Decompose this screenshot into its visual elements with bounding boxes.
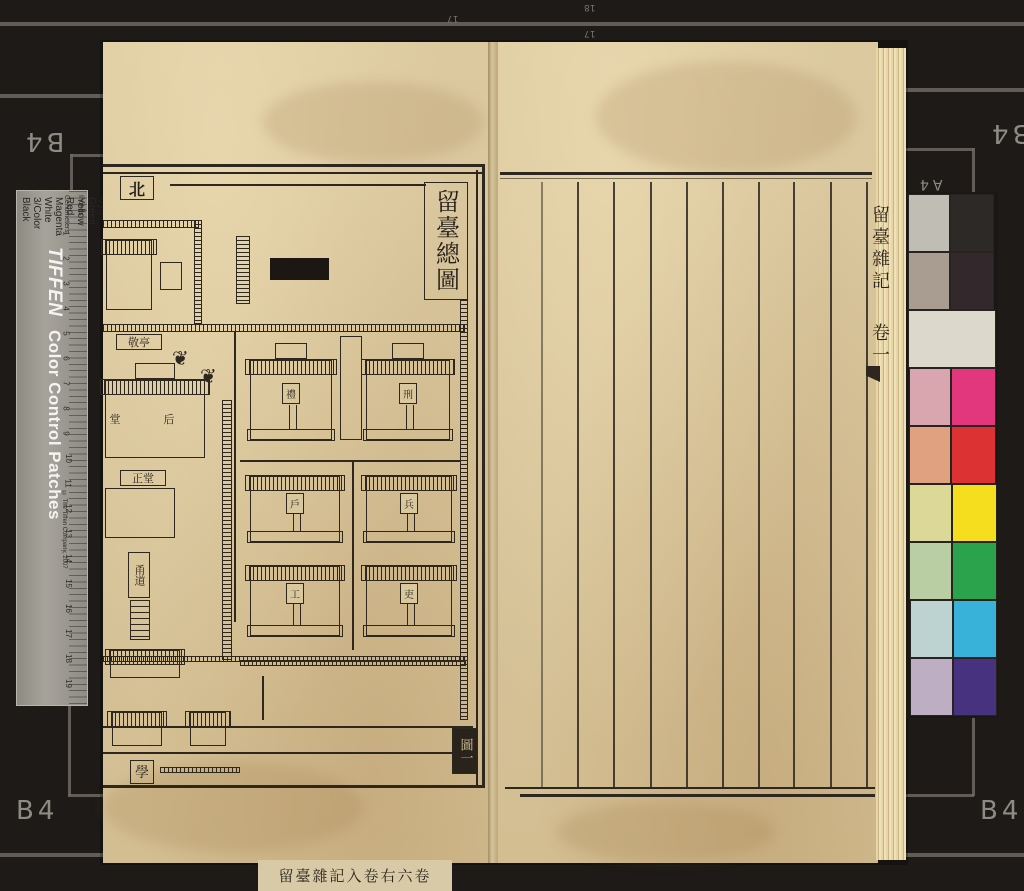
patch-pastel-green [909,542,952,600]
path [293,513,301,531]
ministry-plaque: 工 [286,583,304,604]
color-name-yellow: Yellow [75,197,86,697]
map-top-rule [103,172,485,174]
gate-stair [130,600,150,640]
wall-south [160,767,240,773]
ministry-divider-h [240,460,460,462]
patch-blue [953,658,997,716]
tiffen-ruler-card: Inches Centimeters Blue Cyan Green Yello… [16,190,88,706]
roof [361,475,457,491]
ministry-building: 工 [250,566,340,636]
cm-mark-2: 2 [62,256,71,260]
gate-side [190,712,226,746]
plaque-north-hall [160,262,182,290]
right-bottom-border-2 [520,794,875,797]
patch-red [951,426,996,484]
building-north-hall [106,240,152,310]
courtyard-divider [234,332,236,622]
mat-line-corner-right-h [906,148,974,151]
cm-mark-5: 5 [62,331,71,335]
right-top-border-inner [500,178,872,179]
gate-base [363,625,455,637]
ministry-building: 兵 [366,476,452,542]
ministry-divider-v [352,460,354,650]
color-name-black: Black [20,197,31,697]
roof [107,711,167,727]
column-rule [866,182,868,787]
cm-mark-7: 7 [62,381,71,385]
spine-subtitle: 卷一 [869,323,890,367]
north-marker: 北 [120,176,154,200]
building-front-hall [105,488,175,538]
right-bottom-border [505,787,875,789]
roof [245,475,345,491]
patch-pastel-cyan [910,600,953,658]
cm-mark-9: 9 [62,431,71,435]
water-stain [263,82,483,162]
cm-mark-15: 15 [64,579,73,588]
map-inner-top [170,184,426,186]
mat-label-a4: A4 [916,176,942,192]
roof [101,239,157,255]
color-name-3color: 3/Color [31,197,42,697]
path [406,405,414,429]
ministry-plaque: 禮 [282,383,300,404]
patch-pastel-magenta [909,368,951,426]
column-rule [722,182,724,787]
mat-line-lower-right-v [972,718,975,796]
mat-line-corner-left-h [70,154,104,157]
color-name-red: Red [64,197,75,697]
mat-line-top [0,22,1024,26]
scale-tick-2: 18 [584,2,595,12]
ministry-building: 禮 [250,360,332,440]
patch-white [908,310,996,368]
upper-roof [392,343,425,359]
ministry-plaque: 刑 [399,383,417,404]
mat-label-top-left: B4 [22,126,64,156]
ministry-corridor [340,336,362,440]
patch-pastel-red [909,426,951,484]
cm-mark-16: 16 [64,604,73,613]
patch-brown-gray [908,252,950,310]
spine-title-text: 留臺雜記 [869,205,890,293]
ministry-building: 戶 [250,476,340,542]
patch-gray-light [908,194,950,252]
label-hall-side: 堂 [104,410,126,428]
ministry-south-rule [262,676,264,720]
wall-central [103,324,465,332]
mat-line-lower-right-h [906,794,974,797]
water-stain [556,802,776,862]
path [407,603,415,625]
gate-south [112,712,162,746]
gate-middle [110,650,180,678]
cm-mark-14: 14 [64,554,73,563]
page-edges [876,48,906,860]
cm-mark-1: 1 [62,231,71,235]
gate-base [247,531,343,543]
mat-label-bottom-right: B4 [980,796,1022,826]
mat-line-corner-right-v [972,148,975,192]
column-rule [650,182,652,787]
roof [245,565,345,581]
mat-line-lower-left-v [68,706,71,796]
cm-mark-8: 8 [62,406,71,410]
column-rule [541,182,543,787]
roof [245,359,337,375]
scale-tick-3: 17 [584,28,595,38]
cm-mark-10: 10 [64,454,73,463]
book-gutter [488,42,498,863]
cm-mark-3: 3 [62,281,71,285]
patch-cyan [953,600,997,658]
cm-mark-18: 18 [64,654,73,663]
ministry-plaque: 兵 [400,493,418,514]
ministry-plaque: 吏 [400,583,418,604]
right-top-border [500,172,872,175]
rule-south-1 [103,726,473,728]
cm-mark-12: 12 [64,504,73,513]
gate-base [363,531,455,543]
mat-line-upper-right [906,88,1024,92]
cm-mark-4: 4 [62,306,71,310]
cm-mark-19: 19 [64,679,73,688]
color-control-chart [906,192,998,718]
scale-tick-1: 17 [447,13,458,23]
patch-pastel-yellow [909,484,952,542]
roof [185,711,231,727]
upper-roof [135,363,174,379]
patch-magenta [951,368,996,426]
path [407,513,415,531]
patch-gray-dark [950,194,994,252]
corridor-wall [222,400,232,660]
spine-title: 留臺雜記 卷一 [870,205,888,367]
label-road: 甬道 [128,552,150,598]
label-hall-front: 正堂 [120,470,166,486]
gate-base [247,429,335,441]
catalog-slip: 留臺雜記入卷右六卷 [258,860,452,891]
figure-label: 圖一 [452,728,478,774]
map-title: 留臺總圖 [424,182,468,300]
upper-roof [275,343,307,359]
patch-yellow [952,484,997,542]
pavilion-label: 敬亭 [116,334,162,350]
water-stain [596,62,856,172]
ministry-building: 吏 [366,566,452,636]
path [289,405,297,429]
path [293,603,301,625]
column-rule [793,182,795,787]
rule-south-2 [103,752,453,754]
column-rule [758,182,760,787]
gate-tower [236,236,250,304]
ink-blot [270,258,329,280]
color-name-green: Green [86,197,97,697]
cm-mark-6: 6 [62,356,71,360]
patch-green [952,542,997,600]
roof [361,565,457,581]
gate-base [247,625,343,637]
mat-label-top-right: B4 [988,118,1024,148]
label-school: 學 [130,760,154,784]
mat-label-bottom-left: B4 [16,796,58,826]
wall-north [103,220,199,228]
patch-pastel-blue [910,658,953,716]
cm-mark-17: 17 [64,629,73,638]
roof [361,359,455,375]
wall-north-east [194,220,202,324]
mat-line-corner-left-v [70,154,73,194]
roof [100,379,210,395]
label-hall-back: 后 [158,410,180,428]
column-rule [613,182,615,787]
cm-mark-11: 11 [64,479,73,487]
cm-mark-13: 13 [64,529,73,538]
column-rule [830,182,832,787]
gate-base [363,429,453,441]
ministry-plaque: 戶 [286,493,304,514]
patch-black [950,252,994,310]
column-rule [686,182,688,787]
map-right-rule [476,170,478,786]
mat-line-lower-left-h [68,794,104,797]
ministry-south-wall [240,660,466,666]
mat-line-upper [0,94,104,98]
column-rule [577,182,579,787]
ministry-building: 刑 [366,360,450,440]
